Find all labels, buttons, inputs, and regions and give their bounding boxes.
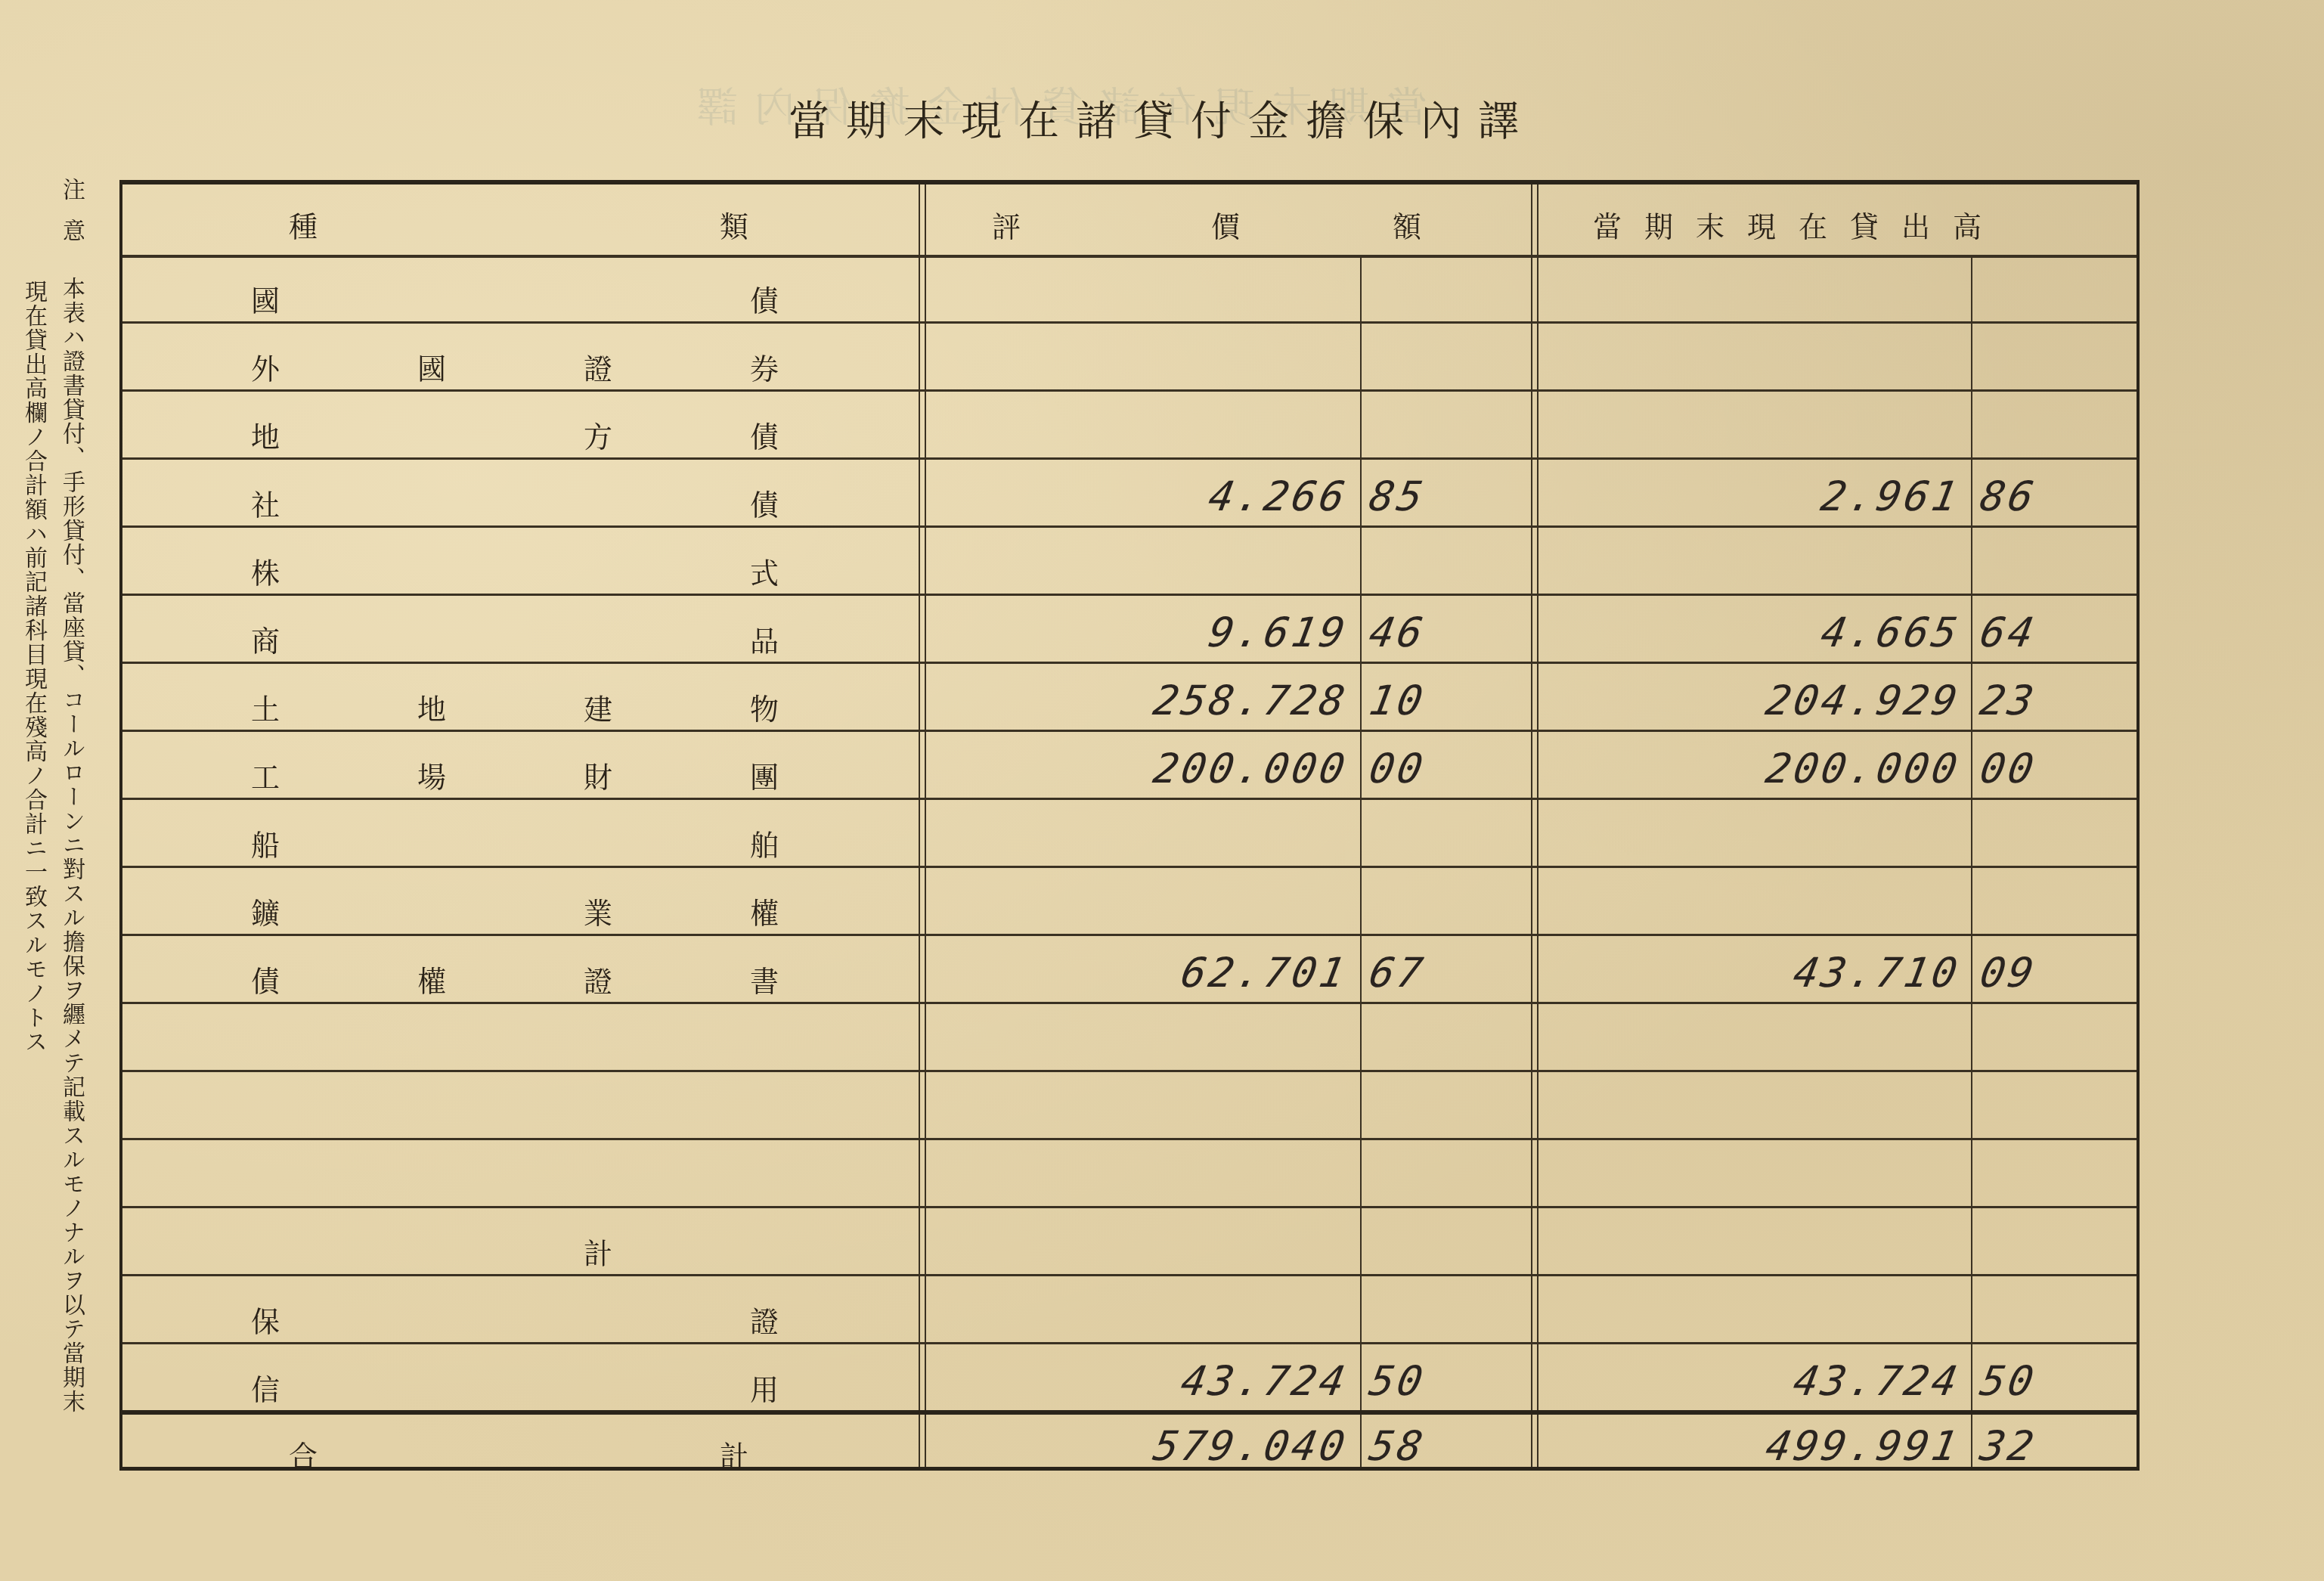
- row-label-char: 信: [251, 1366, 280, 1408]
- row-label-char: 書: [750, 958, 779, 1000]
- header-valuation-2: 價: [1211, 203, 1240, 245]
- row-rule: [122, 1342, 2137, 1344]
- valuation-integer: 200.000: [934, 745, 1351, 792]
- row-rule: [122, 594, 2137, 596]
- row-rule: [122, 389, 2137, 392]
- row-label-char: 方: [584, 414, 612, 455]
- valuation-integer: 258.728: [934, 677, 1351, 724]
- row-label-char: 社: [251, 482, 280, 523]
- collateral-table: 種 類 評 價 額 當期末現在貸出高 國債外國證券地方債社債4.266852.9…: [119, 180, 2140, 1471]
- row-rule: [122, 457, 2137, 460]
- balance-integer: 4.665: [1547, 609, 1963, 656]
- balance-integer: 43.710: [1547, 949, 1963, 997]
- row-label-char: 鑛: [251, 890, 280, 932]
- header-rule: [122, 255, 2137, 258]
- row-label-char: 財: [584, 754, 612, 795]
- valuation-integer: 62.701: [934, 949, 1351, 997]
- row-label-char: 工: [251, 754, 280, 795]
- row-label-char: 國: [417, 346, 446, 387]
- row-label-char: 業: [584, 890, 612, 932]
- row-label-char: 權: [750, 890, 779, 932]
- valuation-integer: 43.724: [934, 1357, 1351, 1405]
- header-valuation-1: 評: [992, 203, 1021, 245]
- divider-valuation-decimal: [1360, 256, 1362, 1467]
- row-label-char: 權: [417, 958, 446, 1000]
- valuation-decimal: 00: [1365, 745, 1457, 792]
- row-rule: [122, 1274, 2137, 1276]
- row-label-char: 外: [251, 346, 280, 387]
- row-label-char: 舶: [750, 822, 779, 863]
- valuation-integer: 9.619: [934, 609, 1351, 656]
- note-line-1: 注意 本表ハ證書貸付、手形貸付、當座貸、コールローンニ對スル擔保ヲ纒メテ記載スル…: [56, 178, 86, 1414]
- row-label-char: 商: [251, 618, 280, 659]
- row-rule: [122, 525, 2137, 528]
- row-rule: [122, 1410, 2137, 1415]
- row-label-char: 品: [750, 618, 779, 659]
- total-valuation-integer: 579.040: [934, 1422, 1351, 1470]
- divider-balance-decimal: [1971, 256, 1972, 1467]
- balance-decimal: 86: [1976, 473, 2075, 520]
- row-label-char: 證: [584, 958, 612, 1000]
- row-label-char: 物: [750, 686, 779, 727]
- header-category-2: 類: [720, 203, 748, 245]
- row-label-char: 券: [750, 346, 779, 387]
- header-category-1: 種: [289, 203, 318, 245]
- row-label-char: 株: [251, 550, 280, 591]
- row-rule: [122, 798, 2137, 800]
- balance-decimal: 64: [1976, 609, 2075, 656]
- total-label-2: 計: [720, 1433, 748, 1474]
- row-label-char: 債: [251, 958, 280, 1000]
- page-title: 當期末現在諸貸付金擔保內譯: [0, 89, 2324, 147]
- valuation-decimal: 85: [1365, 473, 1457, 520]
- valuation-decimal: 46: [1365, 609, 1457, 656]
- row-rule: [122, 321, 2137, 324]
- balance-integer: 200.000: [1547, 745, 1963, 792]
- row-label-char: 證: [750, 1298, 779, 1340]
- valuation-decimal: 10: [1365, 677, 1457, 724]
- valuation-decimal: 50: [1365, 1357, 1457, 1405]
- row-label-char: 團: [750, 754, 779, 795]
- total-balance-integer: 499.991: [1547, 1422, 1963, 1470]
- balance-integer: 2.961: [1547, 473, 1963, 520]
- note-heading: 注意: [58, 178, 85, 259]
- row-label-char: 地: [417, 686, 446, 727]
- row-label-char: 債: [750, 414, 779, 455]
- note-text-1: 本表ハ證書貸付、手形貸付、當座貸、コールローンニ對スル擔保ヲ纒メテ記載スルモノナ…: [58, 277, 85, 1414]
- row-rule: [122, 662, 2137, 664]
- balance-decimal: 50: [1976, 1357, 2075, 1405]
- row-rule: [122, 934, 2137, 936]
- total-valuation-decimal: 58: [1365, 1422, 1457, 1470]
- row-label-char: 計: [584, 1230, 612, 1272]
- header-valuation-3: 額: [1393, 203, 1421, 245]
- row-label-char: 國: [251, 277, 280, 319]
- row-label-char: 場: [417, 754, 446, 795]
- row-rule: [122, 1138, 2137, 1140]
- valuation-decimal: 67: [1365, 949, 1457, 997]
- row-label-char: 地: [251, 414, 280, 455]
- valuation-integer: 4.266: [934, 473, 1351, 520]
- row-label-char: 式: [750, 550, 779, 591]
- row-rule: [122, 866, 2137, 868]
- row-label-char: 土: [251, 686, 280, 727]
- row-label-char: 建: [584, 686, 612, 727]
- balance-integer: 204.929: [1547, 677, 1963, 724]
- row-rule: [122, 730, 2137, 732]
- row-label-char: 用: [750, 1366, 779, 1408]
- note-line-2: 現在貸出高欄ノ合計額ハ前記諸科目現在殘高ノ合計ニ一致スルモノトス: [18, 280, 48, 1054]
- row-rule: [122, 1002, 2137, 1004]
- row-label-char: 船: [251, 822, 280, 863]
- balance-decimal: 23: [1976, 677, 2075, 724]
- balance-decimal: 00: [1976, 745, 2075, 792]
- header-balance: 當期末現在貸出高: [1593, 203, 2004, 245]
- balance-integer: 43.724: [1547, 1357, 1963, 1405]
- row-label-char: 債: [750, 277, 779, 319]
- balance-decimal: 09: [1976, 949, 2075, 997]
- row-label-char: 證: [584, 346, 612, 387]
- total-label-1: 合: [289, 1433, 318, 1474]
- row-label-char: 債: [750, 482, 779, 523]
- row-rule: [122, 1206, 2137, 1208]
- total-balance-decimal: 32: [1976, 1422, 2075, 1470]
- row-rule: [122, 1070, 2137, 1072]
- row-label-char: 保: [251, 1298, 280, 1340]
